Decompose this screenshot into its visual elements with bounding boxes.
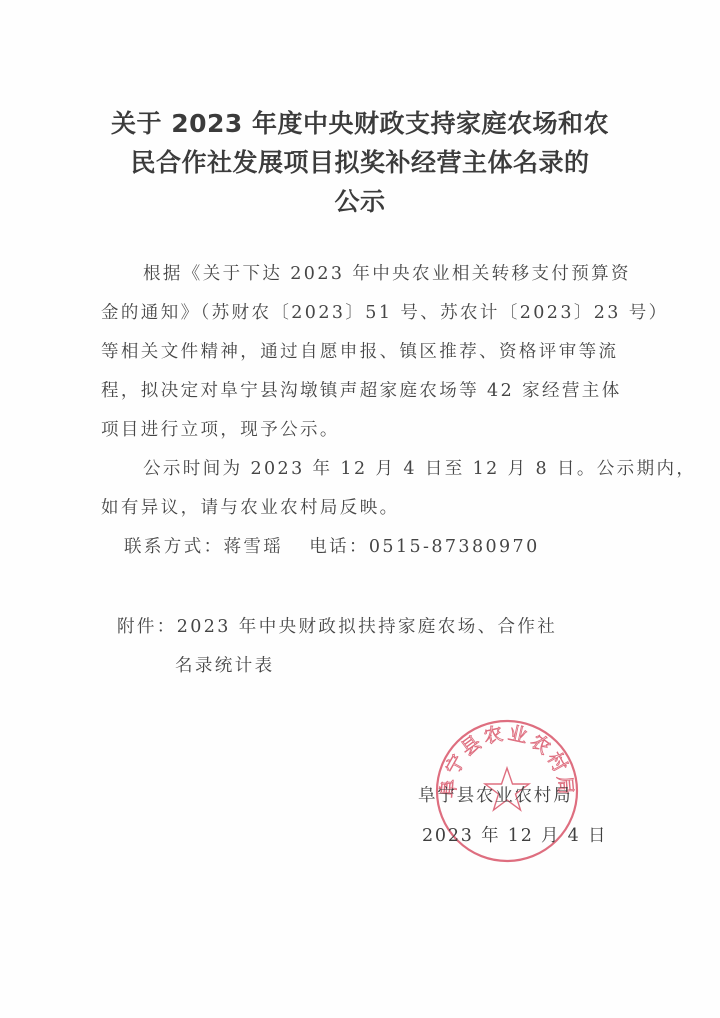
contact-info: 联系方式：蒋雪瑶电话：0515-87380970 [124,528,634,567]
issuing-organization: 阜宁县农业农村局 [418,776,607,816]
text-line: 等相关文件精神，通过自愿申报、镇区推荐、资格评审等流 [101,333,611,372]
text-line: 金的通知》（苏财农〔2023〕51 号、苏农计〔2023〕23 号） [101,294,611,333]
attachment-note: 附件：2023 年中央财政拟扶持家庭农场、合作社 名录统计表 [117,608,627,686]
text-line: 公示时间为 2023 年 12 月 4 日至 12 月 8 日。公示期内， [101,450,611,489]
title-line: 民合作社发展项目拟奖补经营主体名录的 [90,143,630,182]
contact-phone: 电话：0515-87380970 [309,537,539,557]
paragraph-basis: 根据《关于下达 2023 年中央农业相关转移支付预算资 金的通知》（苏财农〔20… [101,255,611,450]
attachment-line: 名录统计表 [117,647,627,686]
issue-date: 2023 年 12 月 4 日 [418,816,607,856]
text-line: 项目进行立项，现予公示。 [101,411,611,450]
text-line: 如有异议，请与农业农村局反映。 [101,489,611,528]
text-line: 根据《关于下达 2023 年中央农业相关转移支付预算资 [101,255,611,294]
document-title: 关于 2023 年度中央财政支持家庭农场和农 民合作社发展项目拟奖补经营主体名录… [90,104,630,221]
title-line: 关于 2023 年度中央财政支持家庭农场和农 [90,104,630,143]
attachment-line: 附件：2023 年中央财政拟扶持家庭农场、合作社 [117,608,627,647]
contact-line: 联系方式：蒋雪瑶电话：0515-87380970 [124,528,634,567]
contact-person: 联系方式：蒋雪瑶 [124,537,283,557]
title-line: 公示 [90,182,630,221]
paragraph-notice-period: 公示时间为 2023 年 12 月 4 日至 12 月 8 日。公示期内， 如有… [101,450,611,528]
document-page: 关于 2023 年度中央财政支持家庭农场和农 民合作社发展项目拟奖补经营主体名录… [0,0,720,1018]
text-line: 程，拟决定对阜宁县沟墩镇声超家庭农场等 42 家经营主体 [101,372,611,411]
signature-block: 阜宁县农业农村局 2023 年 12 月 4 日 [418,776,607,856]
